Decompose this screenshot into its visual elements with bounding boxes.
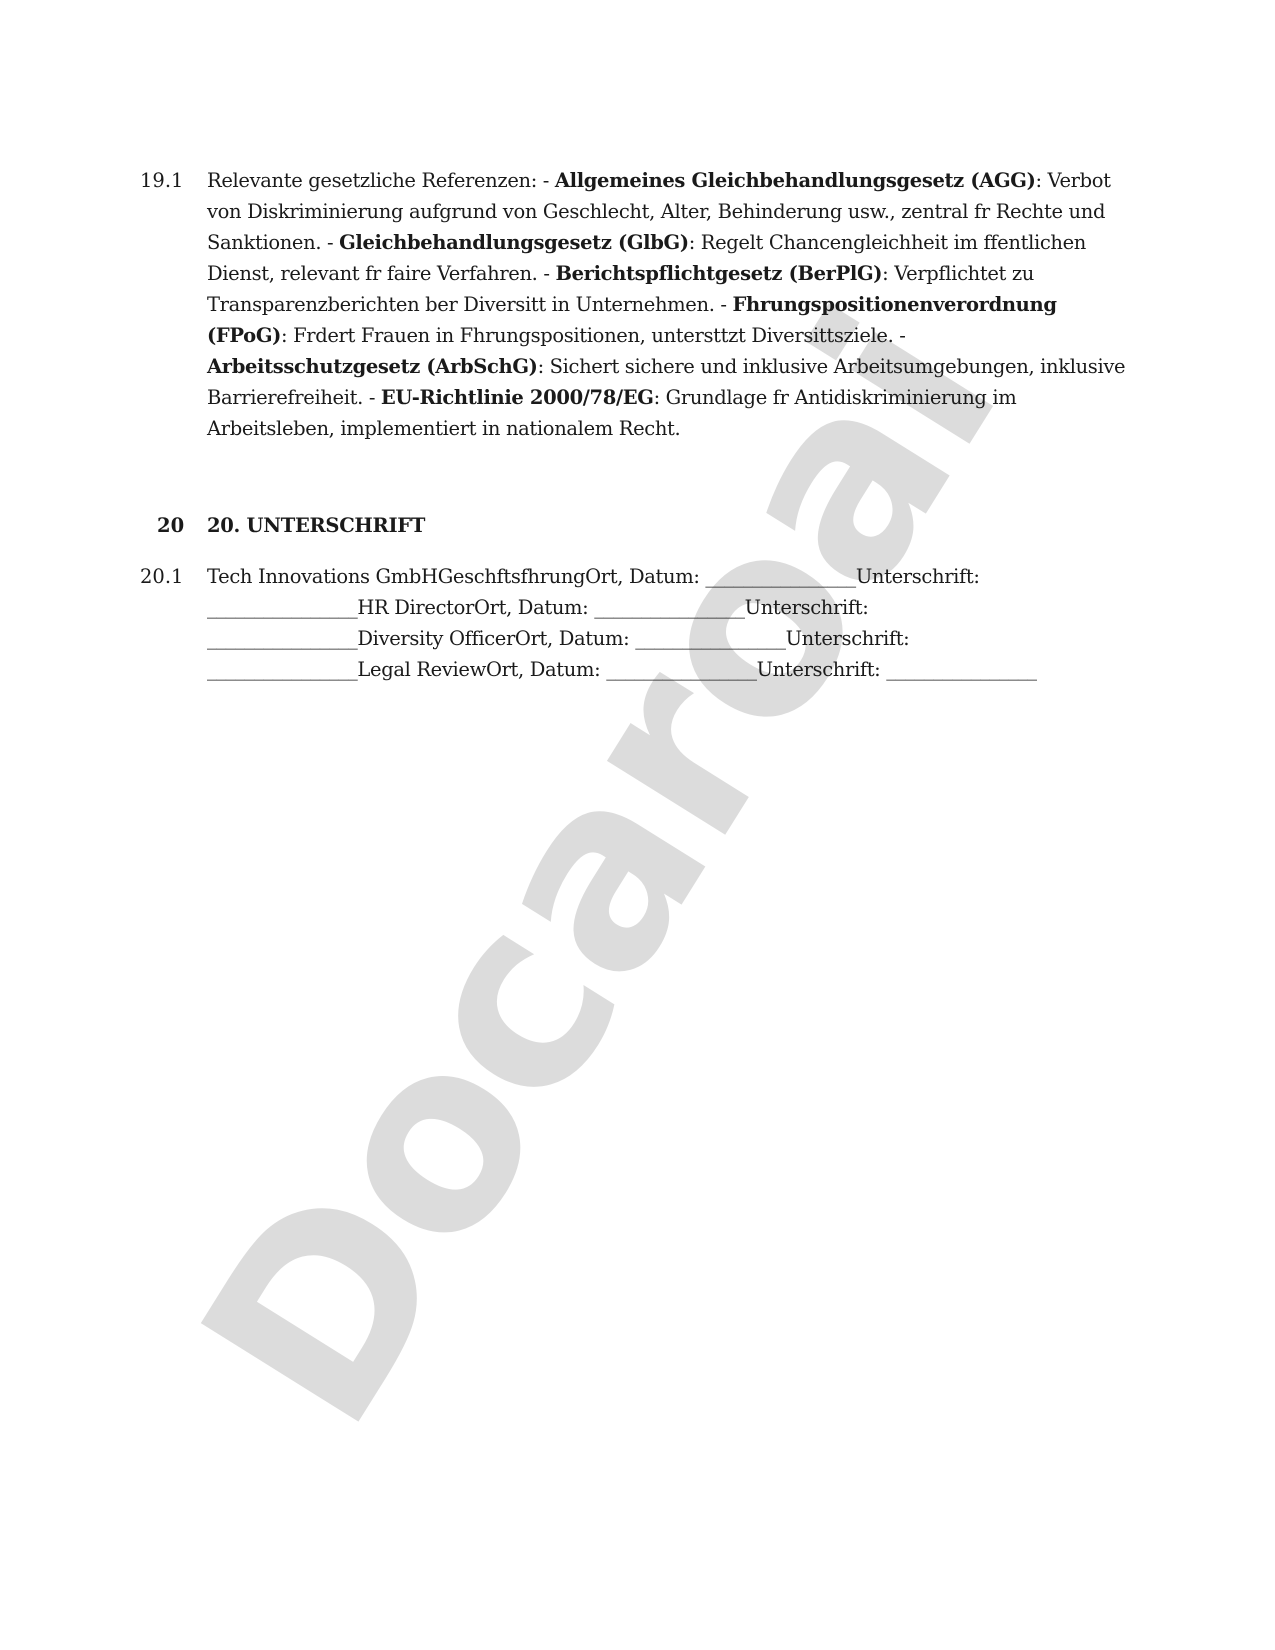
text-run: von Diskriminierung aufgrund von Geschle… <box>207 200 1105 223</box>
bold-term: Gleichbehandlungsgesetz (GlbG) <box>339 231 689 254</box>
section-title: 20. UNTERSCHRIFT <box>207 510 425 541</box>
text-line: Arbeitsleben, implementiert in nationale… <box>207 413 1137 444</box>
bold-term: Berichtspflichtgesetz (BerPlG) <box>555 262 882 285</box>
text-line: Arbeitsschutzgesetz (ArbSchG): Sichert s… <box>207 351 1137 382</box>
bold-term: Allgemeines Gleichbehandlungsgesetz (AGG… <box>555 169 1036 192</box>
text-run: Relevante gesetzliche Referenzen: - <box>207 169 555 192</box>
text-line: von Diskriminierung aufgrund von Geschle… <box>207 196 1137 227</box>
document-page: Docaroai 19.1 Relevante gesetzliche Refe… <box>0 0 1275 1650</box>
signature-block: Tech Innovations GmbHGeschftsfhrungOrt, … <box>207 561 1137 685</box>
clause-text: Relevante gesetzliche Referenzen: - Allg… <box>207 165 1137 444</box>
text-run: ________________Legal ReviewOrt, Datum: … <box>207 658 1037 681</box>
text-run: Dienst, relevant fr faire Verfahren. - <box>207 262 555 285</box>
bold-term: Arbeitsschutzgesetz (ArbSchG) <box>207 355 538 378</box>
text-run: Barrierefreiheit. - <box>207 386 381 409</box>
clause-number: 19.1 <box>140 165 183 196</box>
text-line: ________________Legal ReviewOrt, Datum: … <box>207 654 1137 685</box>
text-line: (FPoG): Frdert Frauen in Fhrungsposition… <box>207 320 1137 351</box>
bold-term: Fhrungspositionenverordnung <box>733 293 1057 316</box>
text-line: Transparenzberichten ber Diversitt in Un… <box>207 289 1137 320</box>
section-number: 20 <box>157 510 184 541</box>
bold-term: EU-Richtlinie 2000/78/EG <box>381 386 654 409</box>
text-run: ________________Diversity OfficerOrt, Da… <box>207 627 909 650</box>
text-run: Transparenzberichten ber Diversitt in Un… <box>207 293 733 316</box>
clause-number: 20.1 <box>140 561 183 592</box>
watermark: Docaroai <box>164 277 1037 1462</box>
text-run: : Regelt Chancengleichheit im ffentliche… <box>689 231 1086 254</box>
text-run: Sanktionen. - <box>207 231 339 254</box>
text-line: ________________Diversity OfficerOrt, Da… <box>207 623 1137 654</box>
text-line: Dienst, relevant fr faire Verfahren. - B… <box>207 258 1137 289</box>
text-run: Arbeitsleben, implementiert in nationale… <box>207 417 680 440</box>
text-run: : Sichert sichere und inklusive Arbeitsu… <box>538 355 1126 378</box>
bold-term: (FPoG) <box>207 324 281 347</box>
text-line: Barrierefreiheit. - EU-Richtlinie 2000/7… <box>207 382 1137 413</box>
text-line: Relevante gesetzliche Referenzen: - Allg… <box>207 165 1137 196</box>
text-line: ________________HR DirectorOrt, Datum: _… <box>207 592 1137 623</box>
text-run: : Verbot <box>1035 169 1110 192</box>
text-run: : Grundlage fr Antidiskriminierung im <box>654 386 1017 409</box>
text-run: : Frdert Frauen in Fhrungspositionen, un… <box>281 324 906 347</box>
text-run: : Verpflichtet zu <box>882 262 1034 285</box>
text-run: Tech Innovations GmbHGeschftsfhrungOrt, … <box>207 565 980 588</box>
text-run: ________________HR DirectorOrt, Datum: _… <box>207 596 868 619</box>
text-line: Sanktionen. - Gleichbehandlungsgesetz (G… <box>207 227 1137 258</box>
text-line: Tech Innovations GmbHGeschftsfhrungOrt, … <box>207 561 1137 592</box>
